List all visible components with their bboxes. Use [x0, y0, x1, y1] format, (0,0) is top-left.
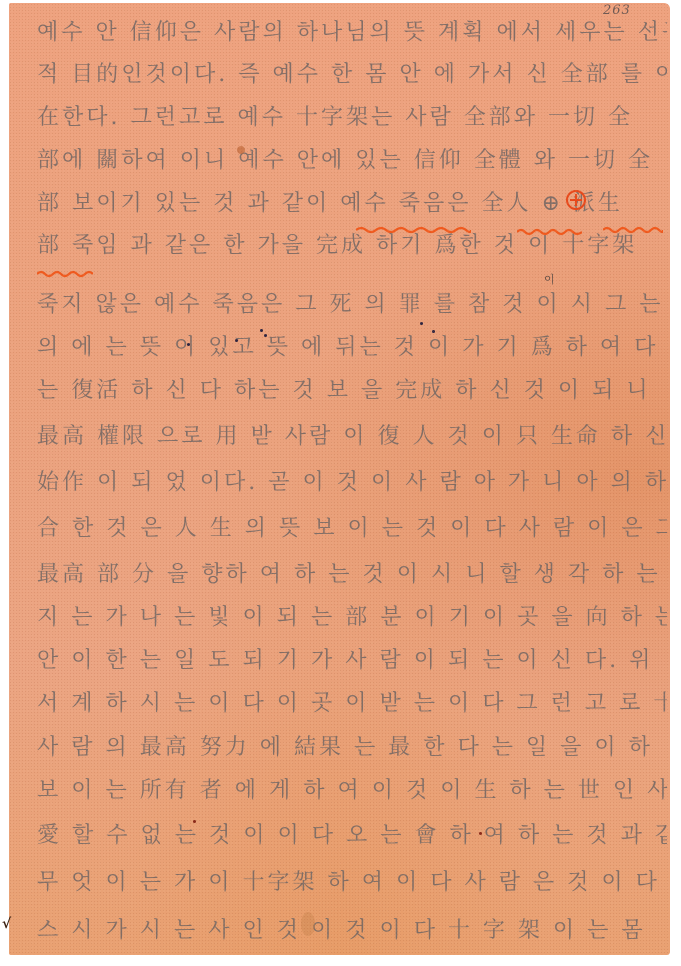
ink-speck: [264, 334, 267, 337]
ink-speck: [235, 339, 238, 342]
manuscript-page: 263 예수 안 信仰은 사람의 하나님의 뜻 계획 에서 세우는 선구 적 目…: [9, 3, 670, 955]
ink-speck: [193, 820, 196, 823]
red-wavy-underline: [517, 228, 582, 236]
manuscript-line-19: 愛 할 수 없 는 것 이 이 다 오 는 會 하 여 하 는 것 과 같 은 …: [37, 818, 667, 849]
manuscript-line-1: 예수 안 信仰은 사람의 하나님의 뜻 계획 에서 세우는 선구: [37, 15, 667, 46]
ink-speck: [479, 832, 482, 835]
manuscript-line-13: 最高 部 分 을 향하 여 하 는 것 이 시 니 할 생 각 하 는 것: [37, 557, 667, 588]
manuscript-line-8: 의 에 는 뜻 이 있고 뜻 에 뒤는 것 이 가 기 爲 하 여 다 예: [37, 330, 667, 361]
manuscript-line-15: 안 이 한 는 일 도 되 기 가 사 람 이 되 는 이 신 다. 위: [37, 643, 667, 674]
manuscript-line-10: 最高 權限 으로 用 받 사람 이 復 人 것 이 只 生命 하 신 는: [37, 419, 667, 450]
ink-speck: [260, 329, 263, 332]
red-wavy-underline: [603, 226, 663, 234]
manuscript-line-12: 合 한 것 은 人 生 의 뜻 보 이 는 것 이 다 사 람 이 은 그 國 …: [37, 511, 667, 542]
manuscript-line-17: 사 람 의 最高 努力 에 結果 는 最 한 다 는 일 을 이 하: [37, 730, 667, 761]
manuscript-line-18: 보 이 는 所有 者 에 게 하 여 이 것 이 生 하 는 世 인 사 람: [37, 773, 667, 804]
paper-stain: [301, 912, 315, 936]
manuscript-line-7: 죽지 않은 예수 죽음은 그 死 의 罪 를 참 것 이 시 그 는 것: [37, 287, 667, 318]
margin-check-mark: √: [2, 916, 11, 932]
manuscript-line-20: 무 엇 이 는 가 이 十字架 하 여 이 다 사 람 은 것 이 다 하 지: [37, 865, 667, 896]
manuscript-line-2: 적 目的인것이다. 즉 예수 한 몸 안 에 가서 신 全部 를 이루: [37, 57, 667, 88]
manuscript-line-3: 在한다. 그런고로 예수 十字架는 사람 全部와 一切 全: [37, 100, 667, 131]
manuscript-line-9: 는 復活 하 신 다 하는 것 보 을 完成 하 신 것 이 되 니: [37, 373, 667, 404]
manuscript-line-4: 部에 關하여 이니 예수 안에 있는 信仰 全體 와 一切 全: [37, 143, 667, 174]
manuscript-line-16: 서 계 하 시 는 이 다 이 곳 이 받 는 이 다 그 런 고 로 十 字 …: [37, 686, 667, 717]
circled-plus-mark: [565, 189, 587, 211]
ink-speck: [432, 330, 435, 333]
ink-speck: [420, 322, 423, 325]
manuscript-line-21: 스 시 가 시 는 사 인 것 이 것 이 다 十 字 架 이 는 몸: [37, 913, 667, 944]
manuscript-line-11: 始作 이 되 었 이다. 곧 이 것 이 사 람 아 가 니 아 의 하 나 님: [37, 465, 667, 496]
small-annotation: 이: [544, 271, 555, 287]
red-wavy-underline: [356, 226, 471, 234]
manuscript-line-14: 지 는 가 나 는 빛 이 되 는 部 분 이 기 이 곳 을 向 하 는 곳: [37, 600, 667, 631]
paper-stain: [237, 146, 245, 154]
red-wavy-underline: [37, 270, 93, 278]
ink-speck: [187, 343, 190, 346]
